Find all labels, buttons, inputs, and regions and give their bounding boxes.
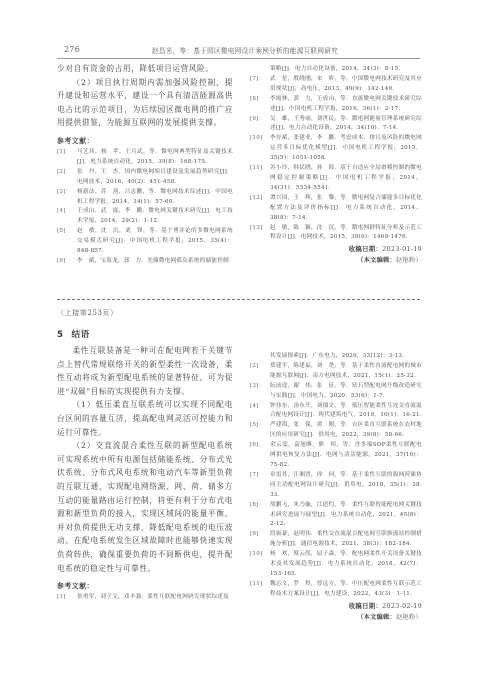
reference-number: [8] bbox=[250, 95, 259, 105]
received-label: 收稿日期： bbox=[349, 245, 382, 253]
paragraph: （1）低压柔直互联系统可以实现不同配电台区间的容量互济，提高配电网灵活可控能力和… bbox=[57, 398, 233, 439]
received-date-line: 收稿日期：2023-02-19 bbox=[250, 601, 422, 612]
reference-text: 张勇军，刘子文，邓丰强．柔性互联配电网研究现状综述及 bbox=[77, 594, 229, 600]
editor-name: 赵艳粉） bbox=[396, 614, 422, 621]
bottom-right-column: 其发展探索[J]．广东电力，2020，33(12)：3-13. [2]郑建平，陈… bbox=[250, 352, 422, 623]
paragraph: （2）交直流混合柔性互联的新型配电系统可实现系统中所有电源包括储能系统、分布式光… bbox=[57, 439, 233, 575]
reference-continuation: 策略[J]．电力自动化设备，2014，34(3)：8-15. bbox=[250, 65, 422, 75]
reference-number: [9] bbox=[250, 530, 259, 540]
reference-text: 张 丹，王 杰．国内微电网项目建设及发展趋势研究[J]．电网技术，2016，40… bbox=[77, 169, 233, 185]
received-date-line: 收稿日期：2023-01-19 bbox=[250, 244, 422, 255]
reference-item: [10]杨 欢，蔡云尚，屈子森，等．配电网柔性开关设备关键技术及其发展趋势[J]… bbox=[250, 550, 422, 580]
reference-number: [1] bbox=[57, 148, 66, 158]
reference-text: 段振豪，赵明伟．柔性交直流混合配电网互联换流站控制措施分析[J]．通信电源技术，… bbox=[270, 531, 422, 547]
reference-text: 武 星，殷晓刚，宋 昕，等．中国微电网技术研究及其应用现状[J]．高电压，201… bbox=[270, 76, 422, 92]
reference-number: [8] bbox=[250, 501, 259, 511]
references-heading: 参考文献： bbox=[57, 135, 233, 145]
reference-text: 魏志文，罗 煜，曾远方，等．中压配电网柔性互联示范工程技术方案设计[J]．电力建… bbox=[270, 581, 422, 597]
reference-text: 杨 欢，蔡云尚，屈子森，等．配电网柔性开关设备关键技术及其发展趋势[J]．电力系… bbox=[270, 551, 422, 577]
reference-number: [3] bbox=[57, 188, 66, 198]
paragraph: （2）项目执行周期内需加强风险控制，提升建设和运营水平，建设一个具有清洁能源高供… bbox=[57, 76, 233, 130]
reference-text: 胡鹏飞，朱乃璇，江道灼，等．柔性互联智能配电网关键技术研究进展与展望[J]．电力… bbox=[270, 502, 422, 528]
reference-item: [6]余云雯，袁旭峰，熊 炜，等．含多端SOP柔性互联配电网供电恢复方法[J]．… bbox=[250, 441, 422, 471]
article-divider bbox=[57, 299, 420, 300]
section-number: 5 bbox=[57, 330, 63, 340]
reference-item: [7]武 星，殷晓刚，宋 昕，等．中国微电网技术研究及其应用现状[J]．高电压，… bbox=[250, 75, 422, 95]
reference-item: [10]李存斌，张建业，李 鹏．考虑成本、排污及风险的微电网运营多目标优化模型[… bbox=[250, 134, 422, 164]
reference-text: 阮前途，谢 伟，张 征，等．钻石型配电网升级改造研究与实践[J]．中国电力，20… bbox=[270, 383, 422, 399]
reference-item: [3]阮前途，谢 伟，张 征，等．钻石型配电网升级改造研究与实践[J]．中国电力… bbox=[250, 382, 422, 402]
reference-text: 章雷其，汪湘晋，徐 珂，等．基于柔性互联的源网荷储协同主动配电网设计研究[J]．… bbox=[270, 472, 422, 498]
continued-from-note: （上接第253页） bbox=[57, 308, 118, 318]
reference-list: [1]马艺玮，杨 苹，王月武，等．微电网典型特征及关键技术[J]．电力系统自动化… bbox=[57, 148, 233, 267]
reference-number: [1] bbox=[57, 593, 66, 603]
reference-number: [3] bbox=[250, 382, 259, 392]
top-left-column: 少对自有资金的占用，降低项目运营风险。 （2）项目执行周期内需加强风险控制，提升… bbox=[57, 62, 233, 267]
running-title: 赵昌光，等：基于园区微电网设计案例分析的能源互联网研究 bbox=[150, 45, 340, 55]
reference-item: [9]段振豪，赵明伟．柔性交直流混合配电网互联换流站控制措施分析[J]．通信电源… bbox=[250, 530, 422, 550]
editor-label: （本文编辑： bbox=[357, 614, 396, 621]
reference-number: [10] bbox=[250, 550, 262, 560]
bottom-left-column: 5结语 柔性互联装备是一种可在配电网若干关键节点上替代常规联络开关的新型柔性一次… bbox=[57, 328, 233, 603]
reference-text: 赵 敏，沈 沉，刘 锋，等．基于博弈论的多微电网系统交易模式研究[J]．中国电机… bbox=[77, 228, 233, 254]
reference-text: 杨新法，苏 剑，吕志鹏，等．微电网技术综述[J]．中国电机工程学报，2014，3… bbox=[77, 189, 233, 205]
reference-list: [7]武 星，殷晓刚，宋 昕，等．中国微电网技术研究及其应用现状[J]．高电压，… bbox=[250, 75, 422, 243]
reference-number: [7] bbox=[250, 75, 259, 85]
reference-item: [13]赵 敏，陈 颖，沈 沉，等．微电网群特征分析及示范工程设计[J]．电网技… bbox=[250, 224, 422, 244]
section-title: 结语 bbox=[71, 330, 89, 340]
received-date: 2023-01-19 bbox=[382, 245, 422, 253]
paragraph: 少对自有资金的占用，降低项目运营风险。 bbox=[57, 62, 233, 76]
reference-number: [4] bbox=[250, 402, 259, 412]
header-rule bbox=[57, 58, 420, 59]
received-label: 收稿日期： bbox=[349, 602, 382, 610]
reference-continuation: 其发展探索[J]．广东电力，2020，33(12)：3-13. bbox=[250, 352, 422, 362]
reference-number: [12] bbox=[250, 194, 262, 204]
reference-text: 钟伟东，汤东升，刘细文，等．低压智能柔性互连交直流混合配电网设计[J]．现代建筑… bbox=[270, 403, 422, 419]
top-right-column: 策略[J]．电力自动化设备，2014，34(3)：8-15. [7]武 星，殷晓… bbox=[250, 65, 422, 266]
reference-item: [1]马艺玮，杨 苹，王月武，等．微电网典型特征及关键技术[J]．电力系统自动化… bbox=[57, 148, 233, 168]
reference-item: [11]苏小玲，韩民晓，孙 海．基于自适应全局滑模控制的微电网稳定控制策略[J]… bbox=[250, 164, 422, 194]
reference-number: [5] bbox=[250, 421, 259, 431]
reference-item: [8]胡鹏飞，朱乃璇，江道灼，等．柔性互联智能配电网关键技术研究进展与展望[J]… bbox=[250, 501, 422, 531]
reference-number: [4] bbox=[57, 207, 66, 217]
reference-list: [1]张勇军，刘子文，邓丰强．柔性互联配电网研究现状综述及 bbox=[57, 593, 233, 603]
reference-item: [8]李霞林，郭 力，王成山，等．直流微电网关键技术研究综述[J]．中国电机工程… bbox=[250, 95, 422, 115]
reference-item: [12]谭兴国，王 辉，张 黎，等．微电网复合储能多目标优化配置方法及评价指标[… bbox=[250, 194, 422, 224]
reference-text: 马艺玮，杨 苹，王月武，等．微电网典型特征及关键技术[J]．电力系统自动化，20… bbox=[77, 149, 233, 165]
reference-item: [3]杨新法，苏 剑，吕志鹏，等．微电网技术综述[J]．中国电机工程学报，201… bbox=[57, 188, 233, 208]
reference-item: [2]郑建平，陈建福，刘 尧，等．基于柔性直流配电网的城市能源互联网[J]．南方… bbox=[250, 362, 422, 382]
reference-number: [11] bbox=[250, 164, 262, 174]
editor-line: （本文编辑：赵艳粉） bbox=[250, 612, 422, 623]
reference-number: [6] bbox=[57, 257, 66, 267]
reference-text: 吴 雄，王秀丽，刘世民，等．微电网能量管理系统研究综述[J]．电力自动化设备，2… bbox=[270, 116, 422, 132]
reference-number: [7] bbox=[250, 471, 259, 481]
reference-item: [9]吴 雄，王秀丽，刘世民，等．微电网能量管理系统研究综述[J]．电力自动化设… bbox=[250, 115, 422, 135]
reference-item: [6]李 斌，宝海龙，郭 力．光储微电网孤岛系统的储能控制 bbox=[57, 257, 233, 267]
reference-number: [5] bbox=[57, 227, 66, 237]
reference-number: [2] bbox=[250, 362, 259, 372]
reference-text: 李 斌，宝海龙，郭 力．光储微电网孤岛系统的储能控制 bbox=[77, 258, 229, 264]
reference-number: [9] bbox=[250, 115, 259, 125]
reference-number: [2] bbox=[57, 168, 66, 178]
reference-text: 王成山，武 震，李 鹏．微电网关键技术研究[J]．电工技术学报，2014，29(… bbox=[77, 208, 233, 224]
page-number: 276 bbox=[64, 45, 80, 54]
reference-text: 谭兴国，王 辉，张 黎，等．微电网复合储能多目标优化配置方法及评价指标[J]．电… bbox=[270, 195, 422, 221]
reference-item: [5]严建海，张 保，黄 刚，等．台区柔直互联系统在农村地区的应用研究[J]．供… bbox=[250, 421, 422, 441]
reference-item: [1]张勇军，刘子文，邓丰强．柔性互联配电网研究现状综述及 bbox=[57, 593, 233, 603]
reference-number: [11] bbox=[250, 580, 262, 590]
reference-number: [10] bbox=[250, 134, 262, 144]
reference-item: [2]张 丹，王 杰．国内微电网项目建设及发展趋势研究[J]．电网技术，2016… bbox=[57, 168, 233, 188]
references-heading: 参考文献： bbox=[57, 580, 233, 590]
editor-line: （本文编辑：赵艳粉） bbox=[250, 255, 422, 266]
reference-item: [7]章雷其，汪湘晋，徐 珂，等．基于柔性互联的源网荷储协同主动配电网设计研究[… bbox=[250, 471, 422, 501]
paragraph: 柔性互联装备是一种可在配电网若干关键节点上替代常规联络开关的新型柔性一次设备，柔… bbox=[57, 344, 233, 398]
reference-text: 赵 敏，陈 颖，沈 沉，等．微电网群特征分析及示范工程设计[J]．电网技术，20… bbox=[270, 225, 422, 241]
reference-item: [5]赵 敏，沈 沉，刘 锋，等．基于博弈论的多微电网系统交易模式研究[J]．中… bbox=[57, 227, 233, 257]
editor-label: （本文编辑： bbox=[357, 257, 396, 264]
reference-text: 郑建平，陈建福，刘 尧，等．基于柔性直流配电网的城市能源互联网[J]．南方电网技… bbox=[270, 363, 422, 379]
reference-text: 李存斌，张建业，李 鹏．考虑成本、排污及风险的微电网运营多目标优化模型[J]．中… bbox=[270, 135, 422, 161]
reference-item: [11]魏志文，罗 煜，曾远方，等．中压配电网柔性互联示范工程技术方案设计[J]… bbox=[250, 580, 422, 600]
reference-text: 李霞林，郭 力，王成山，等．直流微电网关键技术研究综述[J]．中国电机工程学报，… bbox=[270, 96, 422, 112]
reference-item: [4]钟伟东，汤东升，刘细文，等．低压智能柔性互连交直流混合配电网设计[J]．现… bbox=[250, 402, 422, 422]
reference-list: [2]郑建平，陈建福，刘 尧，等．基于柔性直流配电网的城市能源互联网[J]．南方… bbox=[250, 362, 422, 600]
section-heading: 5结语 bbox=[57, 328, 233, 340]
received-date: 2023-02-19 bbox=[382, 602, 422, 610]
reference-number: [13] bbox=[250, 224, 262, 234]
editor-name: 赵艳粉） bbox=[396, 257, 422, 264]
reference-number: [6] bbox=[250, 441, 259, 451]
reference-text: 余云雯，袁旭峰，熊 炜，等．含多端SOP柔性互联配电网供电恢复方法[J]．电网与… bbox=[270, 442, 422, 468]
reference-text: 苏小玲，韩民晓，孙 海．基于自适应全局滑模控制的微电网稳定控制策略[J]．中国电… bbox=[270, 165, 422, 191]
reference-item: [4]王成山，武 震，李 鹏．微电网关键技术研究[J]．电工技术学报，2014，… bbox=[57, 207, 233, 227]
reference-text: 严建海，张 保，黄 刚，等．台区柔直互联系统在农村地区的应用研究[J]．供用电，… bbox=[270, 422, 422, 438]
